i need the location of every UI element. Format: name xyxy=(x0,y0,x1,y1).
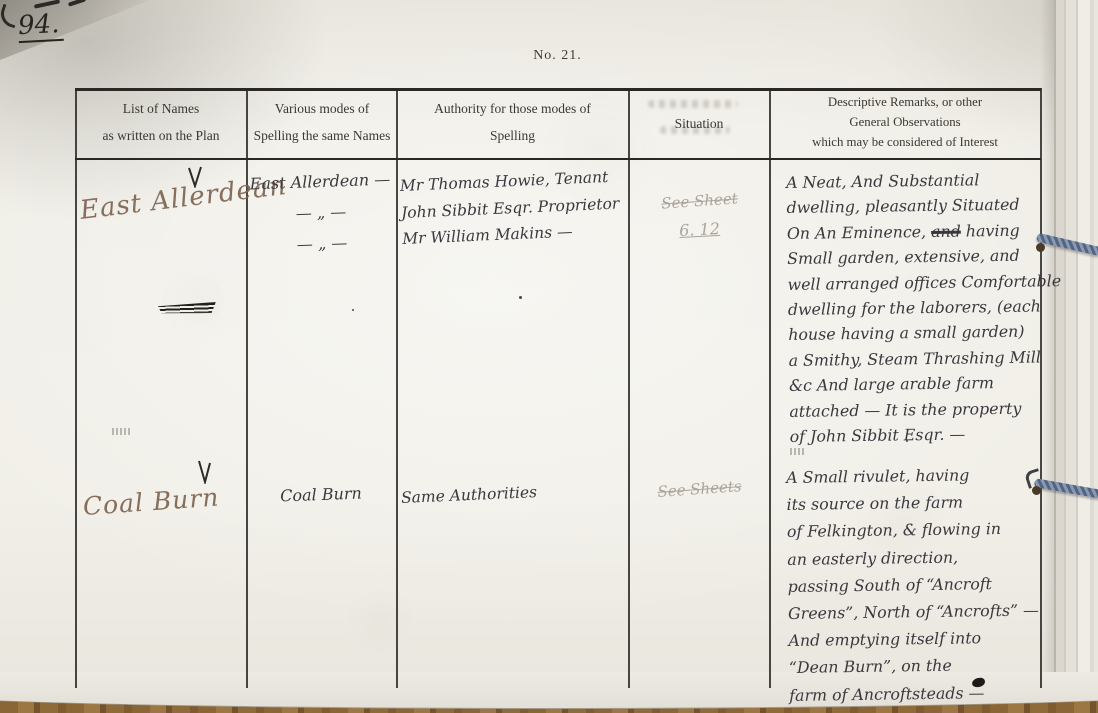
insertion-caret-mark xyxy=(187,166,203,188)
header-line: Descriptive Remarks, or other xyxy=(772,92,1038,112)
remarks-line: On An Eminence, and having xyxy=(787,217,1045,246)
column-divider xyxy=(396,88,398,688)
remarks-line: of Felkington, & flowing in xyxy=(787,515,1045,546)
remarks-line: dwelling, pleasantly Situated xyxy=(786,192,1044,221)
ink-speck xyxy=(519,296,522,299)
situation-cell: See Sheet 6. 12 xyxy=(632,192,767,239)
remarks-line: Greens”, North of “Ancrofts” — xyxy=(788,596,1046,627)
header-line: List of Names xyxy=(77,95,245,122)
stacked-page-edges xyxy=(1054,0,1098,713)
page-number: 94. xyxy=(17,9,64,41)
situation-cell: See Sheets xyxy=(632,480,767,508)
situation-value: 6. 12 xyxy=(632,216,768,242)
column-divider xyxy=(769,88,771,688)
header-authority: Authority for those modes ofSpelling xyxy=(399,95,626,149)
spelling-cell: Coal Burn xyxy=(250,477,393,513)
spelling-line: East Allerdean — xyxy=(248,164,391,200)
remarks-line: A Neat, And Substantial xyxy=(786,166,1044,195)
remarks-line: passing South of “Ancroft xyxy=(788,569,1046,600)
remarks-line: farm of Ancroftsteads — xyxy=(789,678,1047,709)
thread-knot xyxy=(1036,243,1045,252)
remarks-line: &c And large arable farm xyxy=(789,370,1047,399)
header-line: Spelling xyxy=(399,122,626,149)
remarks-line: an easterly direction, xyxy=(787,542,1045,573)
remarks-line: house having a small garden) xyxy=(788,319,1046,348)
header-situation: Situation xyxy=(630,110,768,137)
remarks-line: dwelling for the laborers, (each xyxy=(788,293,1046,322)
struck-word: and xyxy=(931,221,961,240)
header-line: as written on the Plan xyxy=(77,122,245,149)
scanned-ledger-page: 94. No. 21. List of Namesas written on t… xyxy=(0,0,1098,713)
spelling-line: — „ — xyxy=(251,226,394,262)
header-line: Situation xyxy=(630,110,768,137)
situation-struck-text: See Sheets xyxy=(632,475,768,502)
spelling-line: Coal Burn xyxy=(250,477,393,513)
sheet-number: No. 21. xyxy=(0,48,1098,64)
header-line: General Observations xyxy=(772,112,1038,132)
remarks-line: of John Sibbit Esqr. — xyxy=(790,420,1048,449)
remarks-line: well arranged offices Comfortable xyxy=(787,268,1045,297)
remarks-cell: A Neat, And Substantialdwelling, pleasan… xyxy=(786,166,1048,449)
ink-bleed xyxy=(648,100,738,108)
pencil-mark xyxy=(112,428,132,435)
remarks-cell: A Small rivulet, havingits source on the… xyxy=(786,460,1047,708)
remarks-line: And emptying itself into xyxy=(788,624,1046,655)
authority-cell: Mr Thomas Howie, TenantJohn Sibbit Esqr.… xyxy=(399,163,632,252)
header-line: Spelling the same Names xyxy=(249,122,395,149)
pencil-mark xyxy=(790,448,806,455)
ink-speck xyxy=(352,309,354,311)
remarks-line: a Smithy, Steam Thrashing Mill xyxy=(788,344,1046,373)
remarks-line: attached — It is the property xyxy=(789,395,1047,424)
header-line: Various modes of xyxy=(249,95,395,122)
header-spelling-modes: Various modes ofSpelling the same Names xyxy=(249,95,395,149)
spelling-line: — „ — xyxy=(250,195,393,231)
header-remarks: Descriptive Remarks, or otherGeneral Obs… xyxy=(772,92,1038,152)
table-left-rule xyxy=(75,88,77,688)
ink-speck xyxy=(906,440,908,442)
remarks-line: A Small rivulet, having xyxy=(786,460,1044,491)
remarks-line: its source on the farm xyxy=(786,488,1044,519)
table-top-rule xyxy=(75,88,1041,91)
situation-struck-text: See Sheet xyxy=(632,187,768,214)
header-separator-rule xyxy=(75,158,1041,160)
spelling-cell: East Allerdean —— „ —— „ — xyxy=(248,164,393,262)
header-line: Authority for those modes of xyxy=(399,95,626,122)
remarks-line: Small garden, extensive, and xyxy=(787,243,1045,272)
header-line: which may be considered of Interest xyxy=(772,132,1038,152)
insertion-caret-mark xyxy=(196,460,212,484)
remarks-line: “Dean Burn”, on the xyxy=(789,651,1047,682)
header-names: List of Namesas written on the Plan xyxy=(77,95,245,149)
